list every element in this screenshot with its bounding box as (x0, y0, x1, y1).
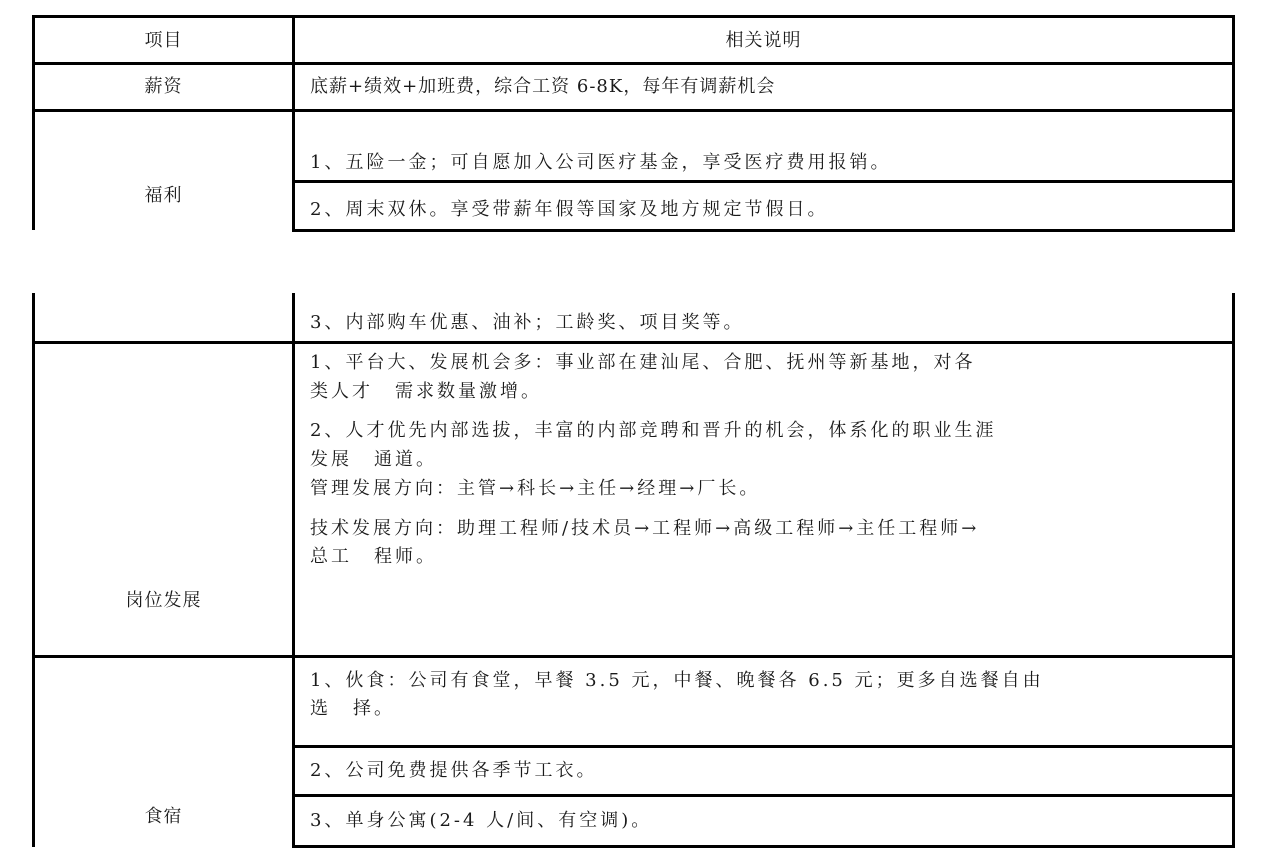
board-line-2: 2、公司免费提供各季节工衣。 (310, 760, 597, 782)
welfare-line-1: 1、五险一金；可自愿加入公司医疗基金，享受医疗费用报销。 (310, 152, 891, 174)
row-label-salary: 薪资 (35, 76, 292, 98)
career-management-path: 管理发展方向：主管→科长→主任→经理→厂长。 (310, 478, 760, 500)
subrow-divider (292, 845, 1235, 848)
career-line-2: 2、人才优先内部选拔，丰富的内部竞聘和晋升的机会，体系化的职业生涯 (310, 420, 996, 442)
board-line-1-cont: 选择。 (310, 698, 395, 720)
row-label-board-lodging: 食宿 (35, 806, 292, 828)
column-divider (292, 293, 295, 848)
career-line-2-cont: 发展通道。 (310, 449, 437, 471)
career-line-2-cont-a: 发展 (310, 449, 352, 470)
salary-description: 底薪+绩效+加班费，综合工资 6-8K，每年有调薪机会 (310, 76, 775, 98)
row-divider (32, 341, 1235, 344)
subrow-divider (292, 229, 1235, 232)
board-line-1: 1、伙食：公司有食堂，早餐 3.5 元，中餐、晚餐各 6.5 元；更多自选餐自由 (310, 670, 1044, 692)
career-technical-path: 技术发展方向：助理工程师/技术员→工程师→高级工程师→主任工程师→ (310, 518, 979, 540)
career-line-1-cont: 类人才需求数量激增。 (310, 381, 542, 403)
header-item: 项目 (35, 30, 292, 52)
career-line-1-cont-b: 需求数量激增。 (395, 381, 542, 402)
row-label-welfare: 福利 (35, 185, 292, 207)
board-line-1-cont-b: 择。 (353, 698, 395, 719)
table-border-top (32, 15, 1235, 18)
subrow-divider (292, 180, 1235, 183)
career-line-2-cont-b: 通道。 (374, 449, 437, 470)
table-border-right (1232, 293, 1235, 848)
career-technical-path-cont-b: 程师。 (374, 546, 437, 567)
row-divider (32, 109, 1235, 112)
row-label-career: 岗位发展 (35, 590, 292, 612)
board-line-3: 3、单身公寓(2-4 人/间、有空调)。 (310, 810, 652, 832)
section-heading: 【薪酬待遇与福利】 (100, 0, 340, 2)
header-description: 相关说明 (295, 30, 1232, 52)
table-border-left (32, 293, 35, 847)
welfare-line-3: 3、内部购车优惠、油补；工龄奖、项目奖等。 (310, 312, 744, 334)
header-divider (32, 62, 1235, 65)
subrow-divider (292, 745, 1235, 748)
welfare-line-2: 2、周末双休。享受带薪年假等国家及地方规定节假日。 (310, 199, 828, 221)
career-technical-path-cont: 总工程师。 (310, 546, 437, 568)
row-divider (32, 655, 1235, 658)
career-technical-path-cont-a: 总工 (310, 546, 352, 567)
career-line-1-cont-a: 类人才 (310, 381, 373, 402)
subrow-divider (292, 794, 1235, 797)
table-border-right (1232, 15, 1235, 231)
board-line-1-cont-a: 选 (310, 698, 331, 719)
career-line-1: 1、平台大、发展机会多：事业部在建汕尾、合肥、抚州等新基地，对各 (310, 352, 975, 374)
